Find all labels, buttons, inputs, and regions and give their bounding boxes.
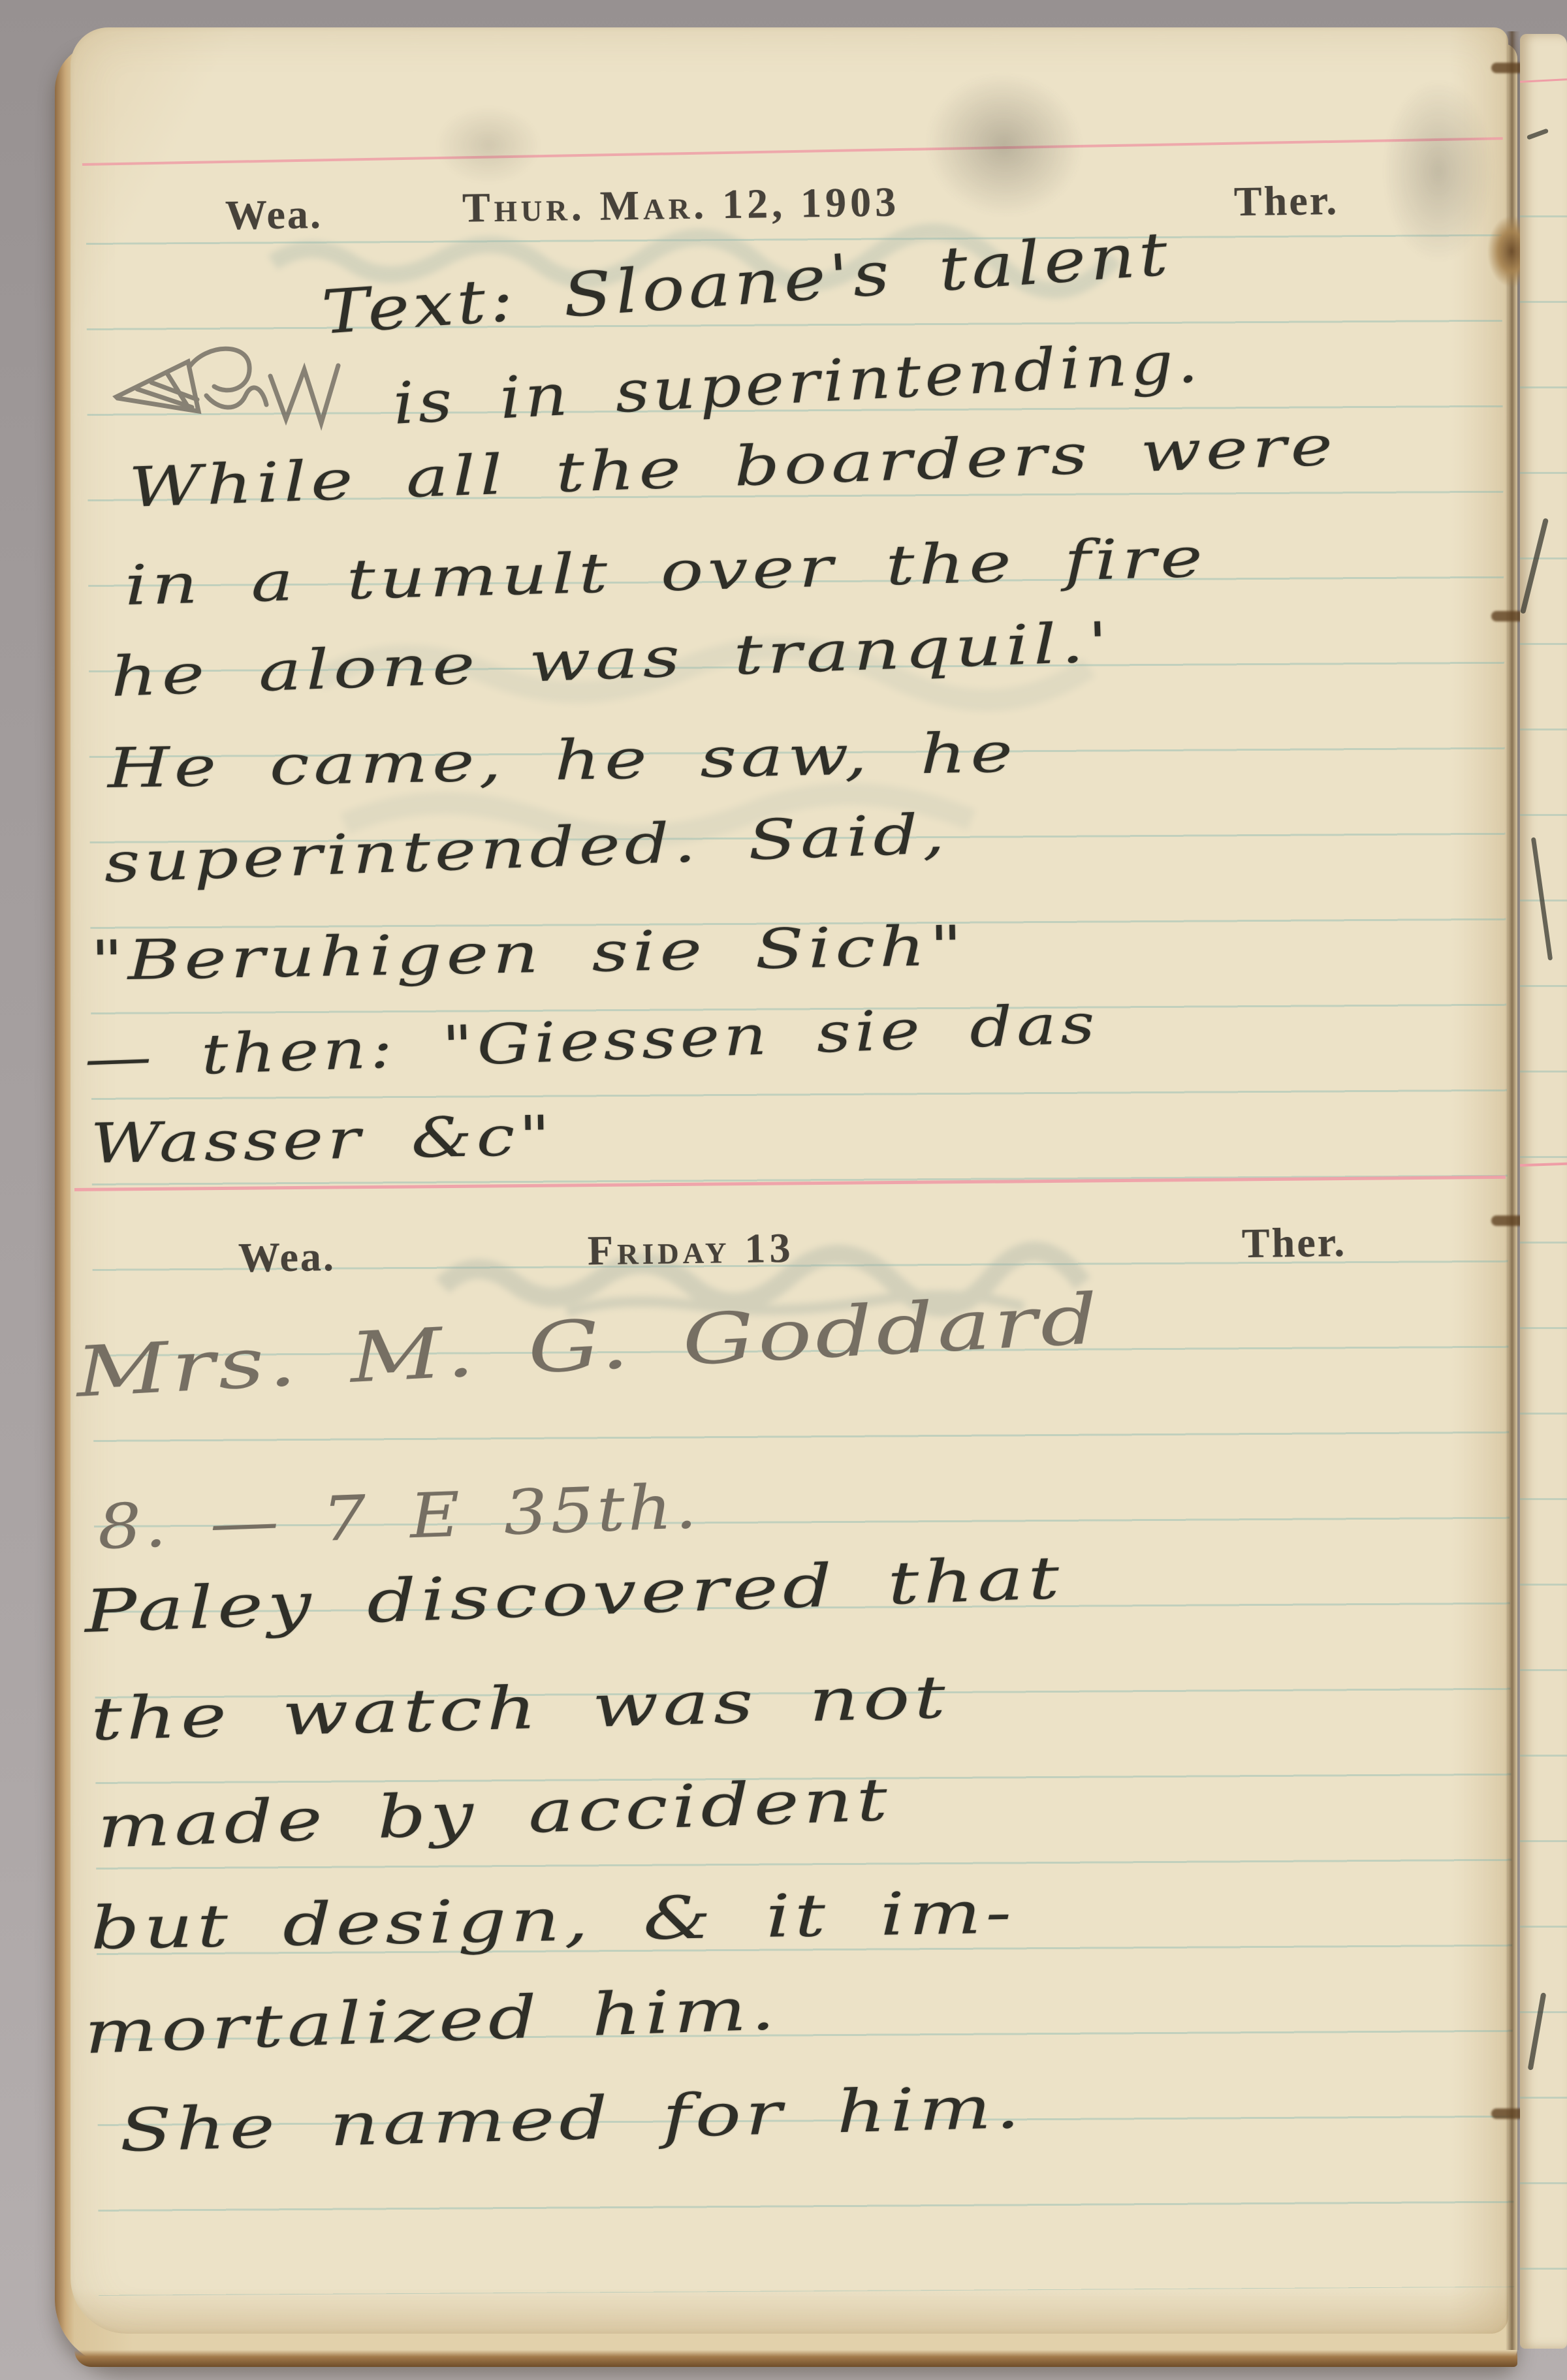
photo-backdrop: Wea. Thur. Mar. 12, 1903 Ther. Text: Slo… (0, 0, 1567, 2380)
handwritten-line: Wasser &c" (90, 1108, 555, 1171)
date-heading-friday13: Friday 13 (588, 1227, 795, 1272)
thermometer-column-label: Ther. (1234, 180, 1339, 223)
adjacent-page-edge (1520, 34, 1567, 2349)
pencil-smudge (915, 62, 1092, 228)
diary-page: Wea. Thur. Mar. 12, 1903 Ther. Text: Slo… (71, 27, 1508, 2334)
weather-column-label: Wea. (225, 193, 323, 236)
handwritten-line: but design, & it im- (90, 1883, 1016, 1958)
margin-line-top (1520, 78, 1567, 83)
pencil-smudge (436, 106, 541, 184)
binding-gutter (1506, 31, 1520, 2350)
handwritten-line: "Beruhigen sie Sich" (90, 918, 967, 988)
handwritten-line: He came, he saw, he (107, 725, 1017, 796)
pencil-mark (1527, 128, 1549, 140)
pencil-smudge (1383, 80, 1494, 262)
weather-column-label: Wea. (238, 1236, 336, 1279)
thermometer-column-label: Ther. (1242, 1221, 1347, 1264)
margin-line-top (82, 137, 1503, 166)
date-heading-mar12: Thur. Mar. 12, 1903 (462, 181, 900, 228)
